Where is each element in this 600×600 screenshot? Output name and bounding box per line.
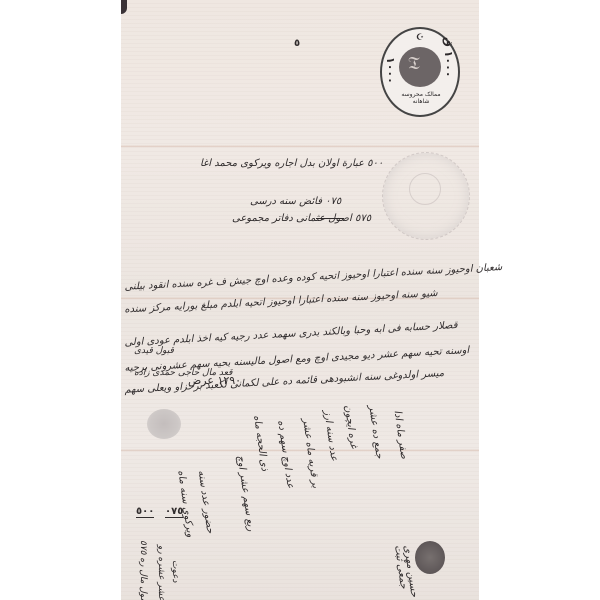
total-figure: ٥٠٠ [136, 506, 154, 518]
account-text: فائض سنه درسی [250, 196, 322, 207]
account-amount: ٥٠٠ [367, 158, 383, 169]
account-line-1: ٥٠٠ عبارة اولان بدل اجاره ویرکوی محمد اغ… [200, 158, 383, 169]
left-column-note: اصول مال ره ٥٧٥ [138, 540, 148, 600]
crescent-icon: ☪ [416, 33, 424, 43]
left-column-note: عشر عشره رو [156, 545, 166, 600]
tughra-icon: 𝔗 [408, 53, 420, 74]
account-line-2: ٠٧٥ فائض سنه درسی [250, 196, 341, 207]
stamp-denomination-right: ١٠٠٠ ق [442, 37, 455, 78]
account-text: اصول عثمانی دفاتر مجموعی [232, 213, 352, 224]
tughra-medallion [399, 47, 441, 87]
revenue-stamp: ☪ ١٠٠٠ ١٠٠٠ ق 𝔗 ممالک محروسه شاهانه [380, 27, 460, 117]
stamp-banner-text: ممالک محروسه شاهانه [396, 91, 446, 105]
embossed-seal [382, 152, 470, 240]
account-line-3: ٥٧٥ اصول عثمانی دفاتر مجموعی [232, 213, 371, 224]
fold-line [121, 145, 479, 148]
account-amount: ٠٧٥ [325, 196, 341, 207]
page-mark: ٥ [294, 38, 300, 49]
total-figure: ٠٧٥ [165, 506, 183, 518]
stamp-denomination-left: ١٠٠٠ [384, 57, 397, 84]
ink-seal-faint [147, 409, 181, 439]
account-text: عبارة اولان بدل اجاره ویرکوی محمد اغا [200, 158, 364, 169]
fold-line [121, 449, 479, 452]
ink-seal-dark [415, 541, 445, 574]
account-amount: ٥٧٥ [355, 213, 371, 224]
side-note: قبول قیدی [134, 346, 174, 356]
signature: ١٢٩٠ عرض [188, 374, 241, 387]
left-column-note: دعوت [170, 560, 180, 583]
